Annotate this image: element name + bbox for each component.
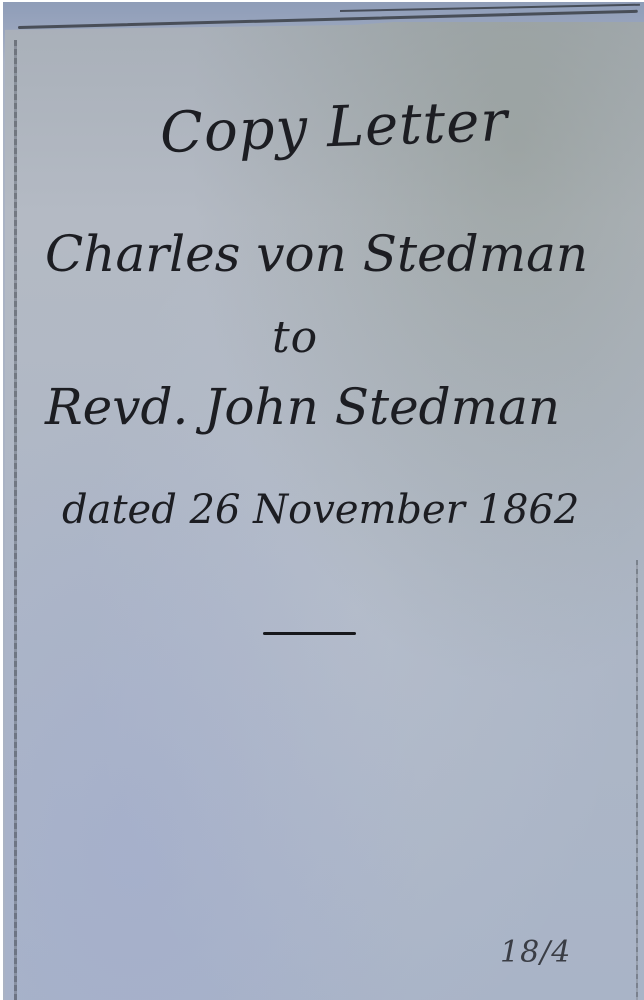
sender-name: Charles von Stedman — [45, 225, 588, 283]
reference-number: 18/4 — [500, 935, 571, 970]
paper-edge-left — [14, 40, 17, 1000]
connector-to: to — [272, 312, 318, 363]
paper-edge-right — [636, 560, 638, 1000]
recipient-name: Revd. John Stedman — [45, 378, 560, 436]
document-scan: Copy Letter Charles von Stedman to Revd.… — [0, 0, 644, 1000]
divider-rule — [263, 632, 356, 635]
letter-date: dated 26 November 1862 — [62, 487, 579, 533]
document-heading: Copy Letter — [159, 89, 509, 166]
